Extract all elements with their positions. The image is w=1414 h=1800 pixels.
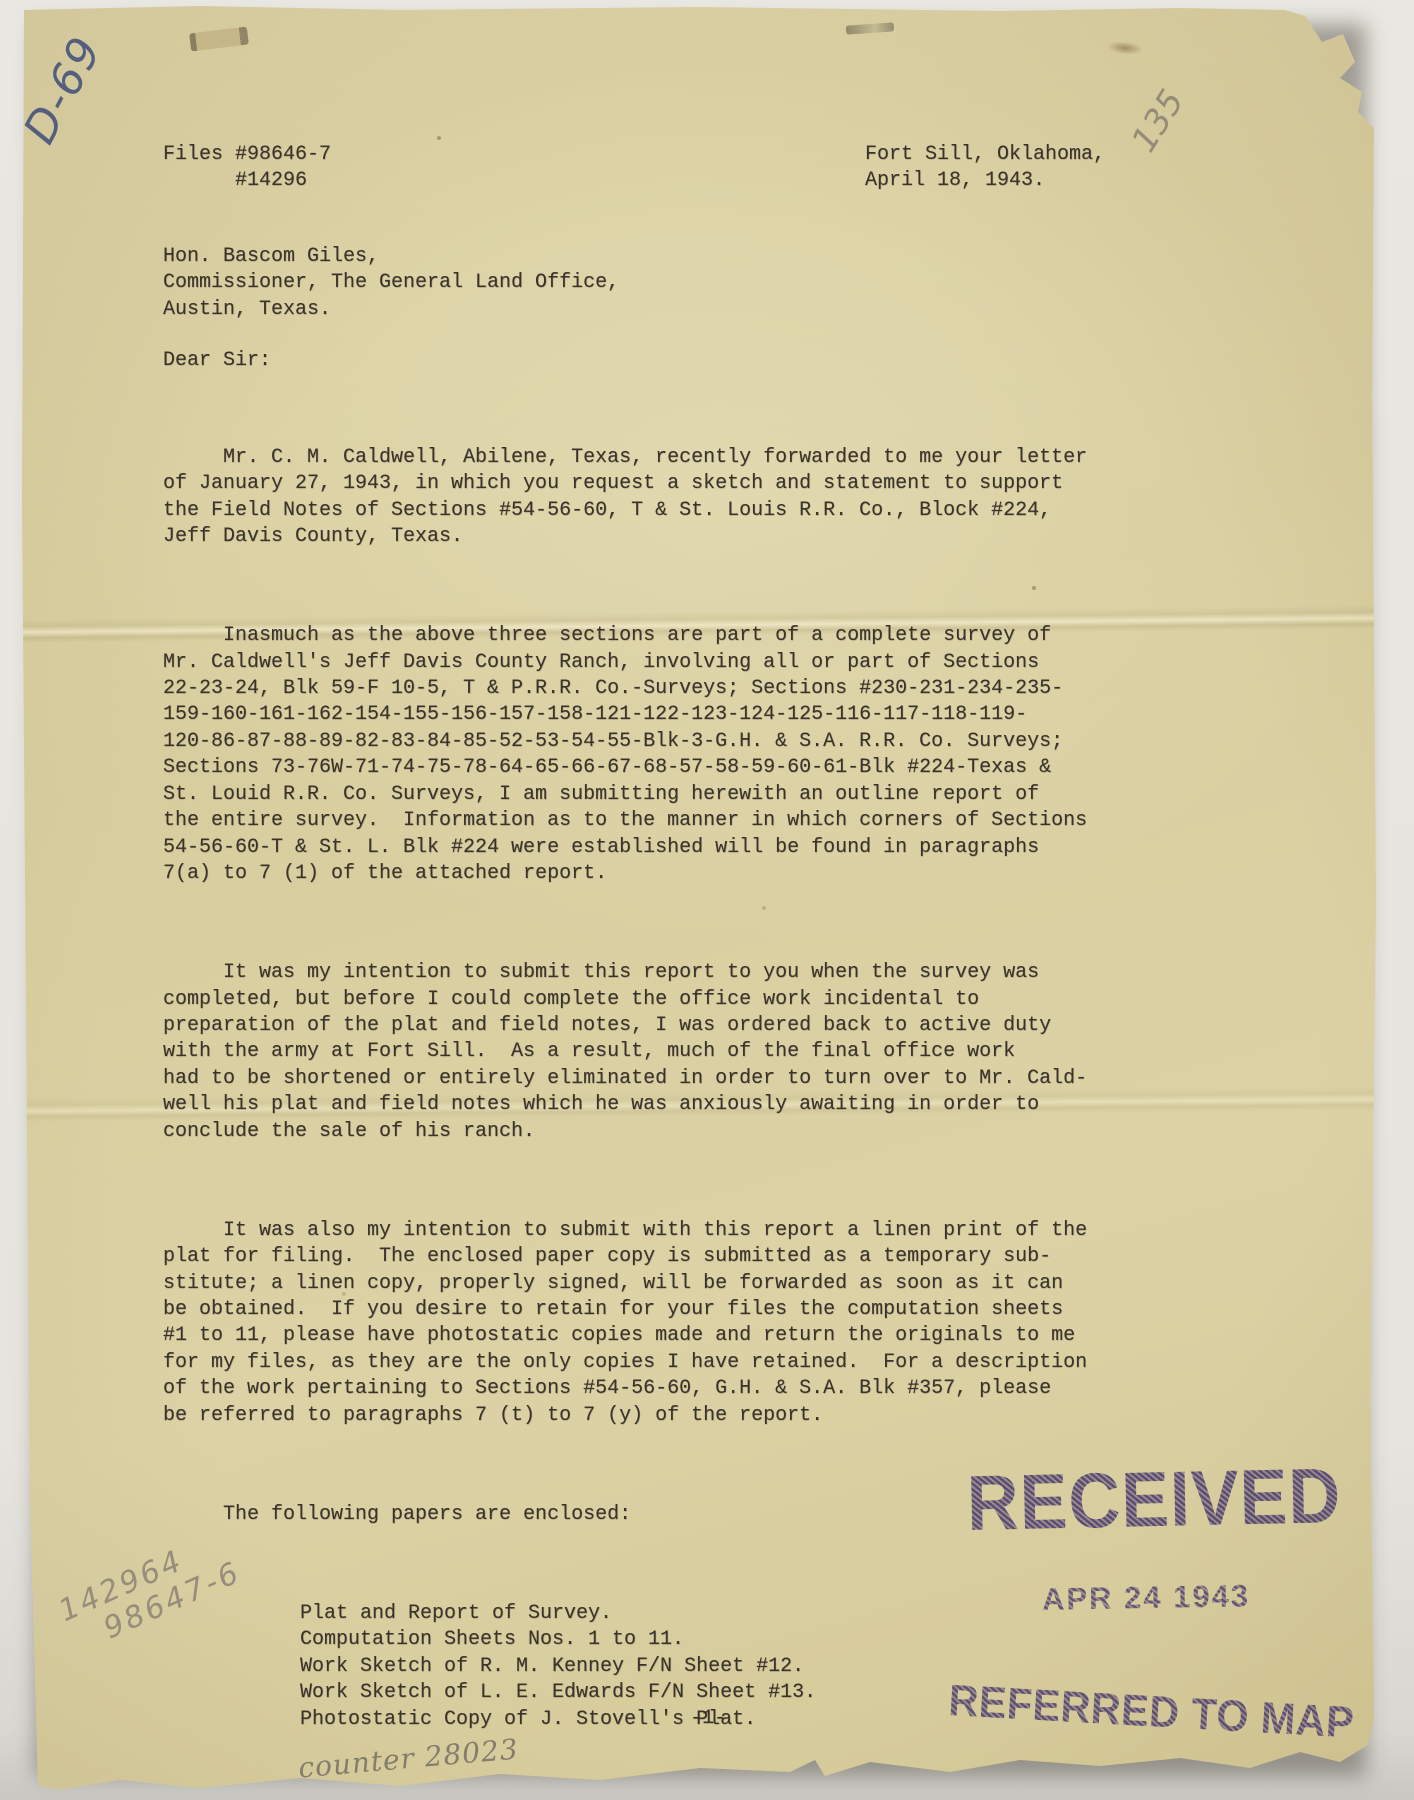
body-paragraph-3: It was my intention to submit this repor… (163, 960, 1087, 1145)
scanned-letter-scene: Files #98646-7 #14296 Fort Sill, Oklahom… (0, 0, 1414, 1800)
body-paragraph-4: It was also my intention to submit with … (163, 1218, 1087, 1429)
body-paragraph-1: Mr. C. M. Caldwell, Abilene, Texas, rece… (163, 445, 1087, 551)
paper-speck (437, 136, 441, 140)
received-date-stamp: APR 24 1943 (1042, 1578, 1251, 1618)
tape-residue-mark (1107, 40, 1142, 55)
ink-smudge-mark (846, 22, 895, 34)
handwritten-page-135: 135 (1124, 83, 1192, 159)
enclosures-intro-line: The following papers are enclosed: (163, 1502, 1087, 1528)
handwritten-file-code: D-69 (14, 28, 112, 152)
letter-body: Mr. C. M. Caldwell, Abilene, Texas, rece… (163, 392, 1087, 1786)
salutation: Dear Sir: (163, 348, 271, 374)
staple-mark (189, 27, 249, 52)
body-paragraph-2: Inasmuch as the above three sections are… (163, 623, 1087, 887)
letter-page: Files #98646-7 #14296 Fort Sill, Oklahom… (0, 0, 1414, 1800)
place-date-block: Fort Sill, Oklahoma, April 18, 1943. (865, 142, 1105, 195)
page-number: -1- (690, 1706, 726, 1732)
file-reference-block: Files #98646-7 #14296 (163, 142, 331, 195)
recipient-address-block: Hon. Bascom Giles, Commissioner, The Gen… (163, 244, 619, 323)
received-stamp: RECEIVED (966, 1450, 1342, 1549)
